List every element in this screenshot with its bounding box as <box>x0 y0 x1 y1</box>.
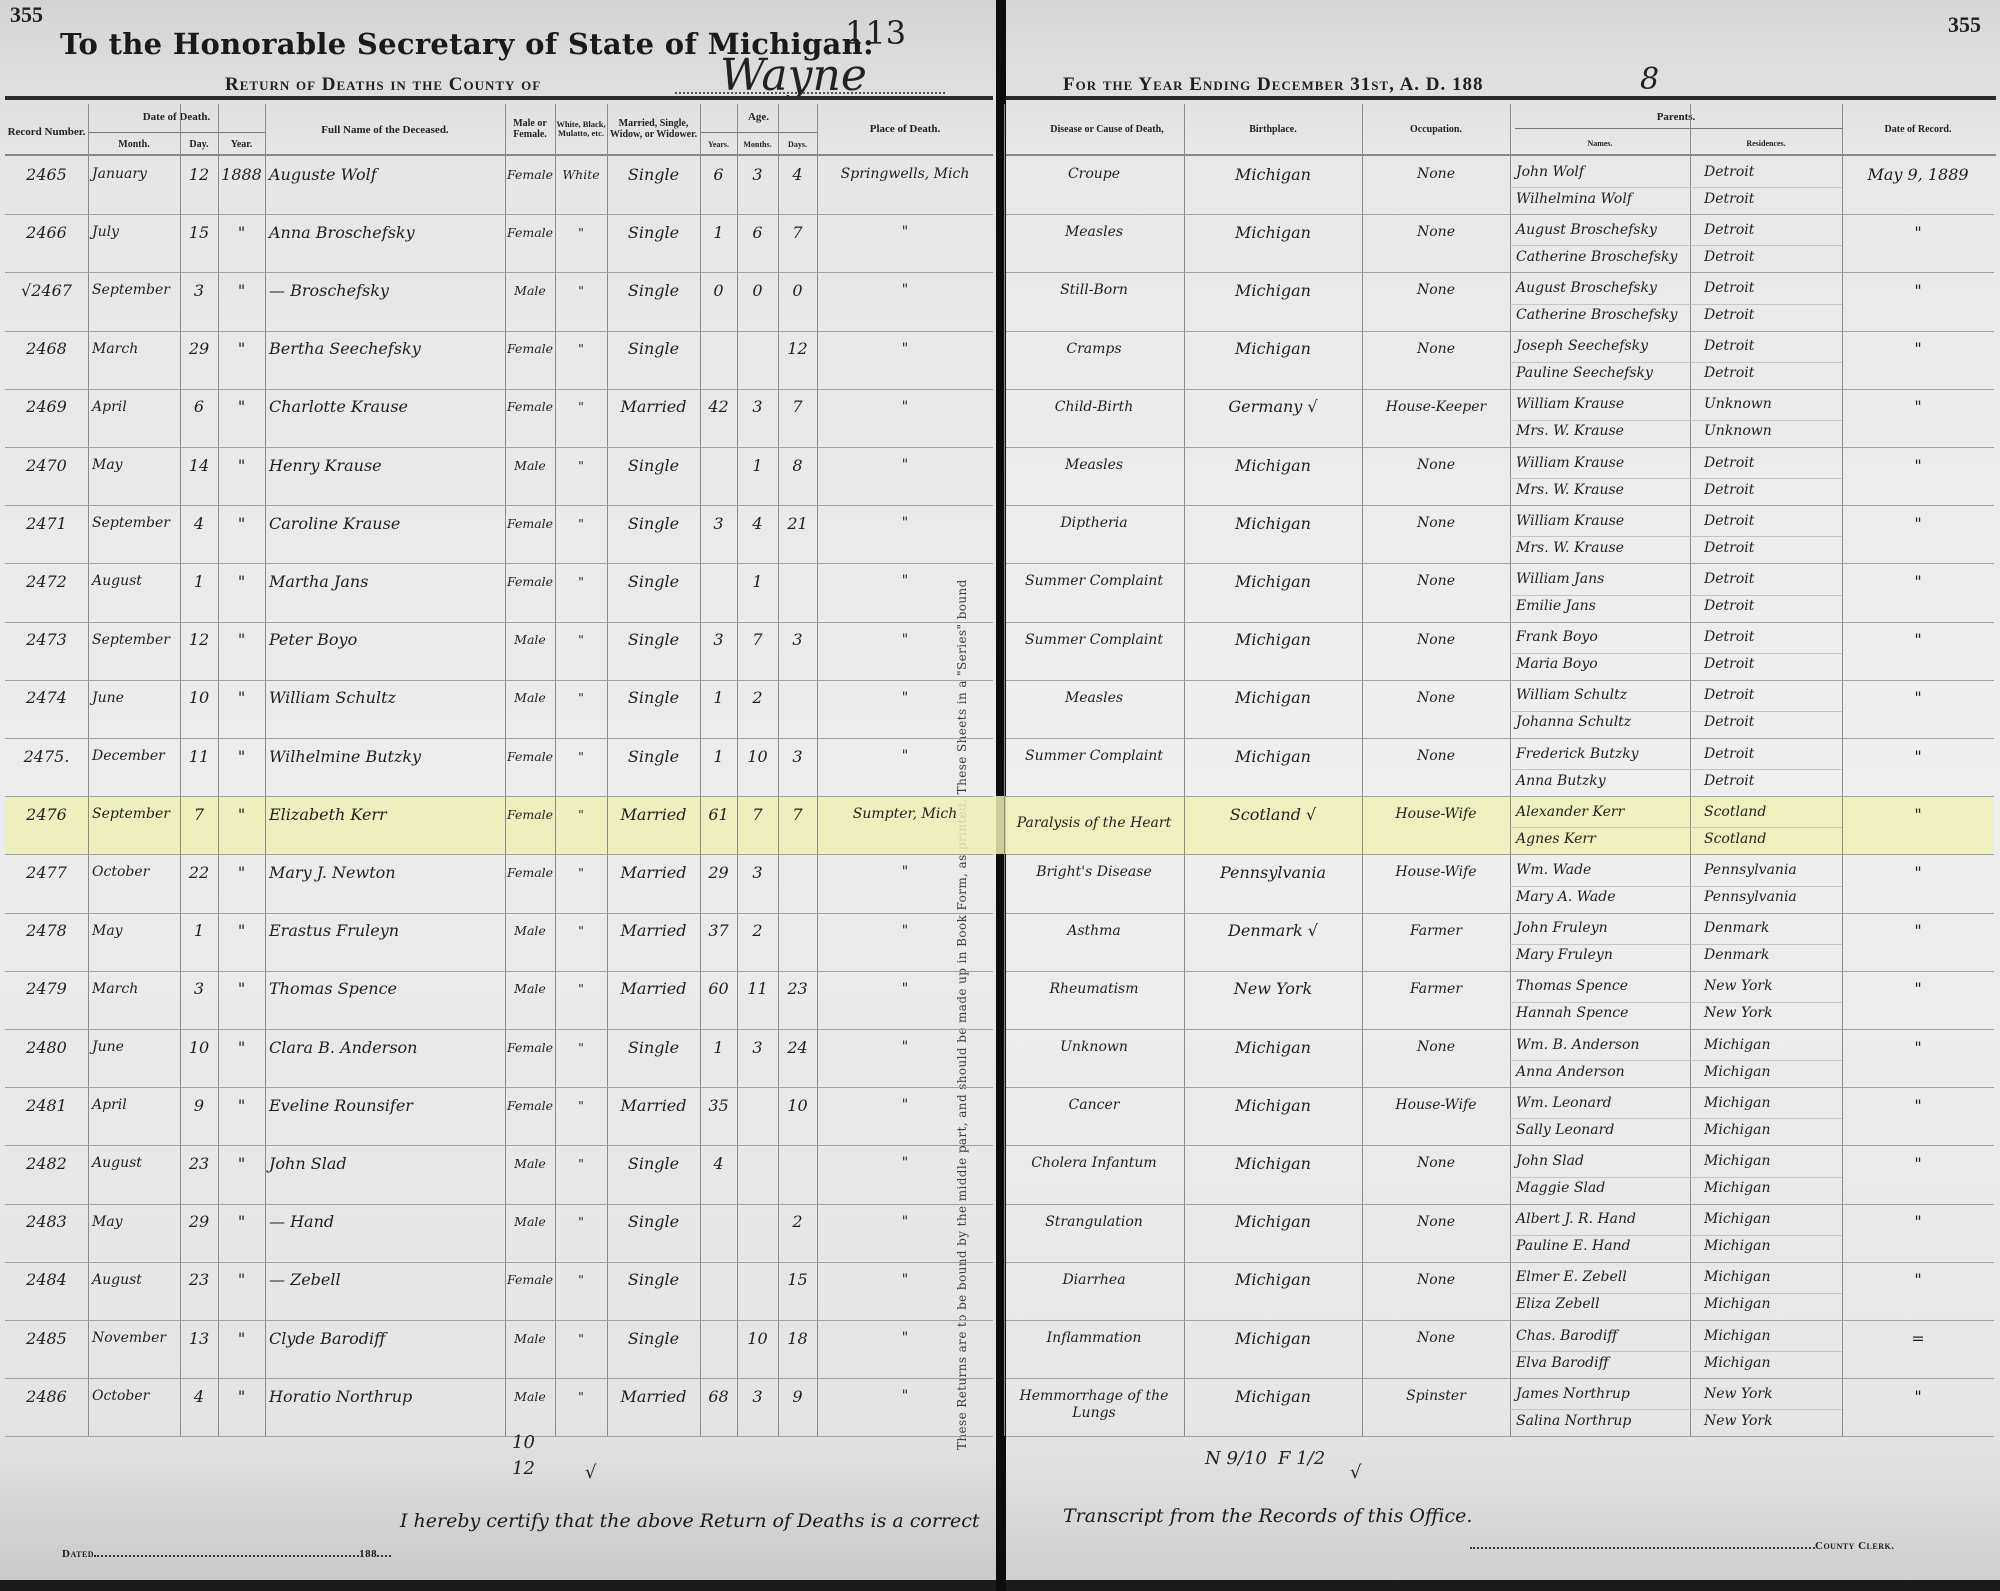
record-sex: Male <box>505 1378 555 1414</box>
record-marital: Single <box>607 1029 700 1065</box>
record-father-residence: Denmark <box>1700 915 1846 942</box>
record-father-name: William Krause <box>1512 449 1694 476</box>
record-m <box>737 1262 778 1298</box>
record-mother-name: Mary Fruleyn <box>1512 942 1694 969</box>
record-occ: None <box>1362 156 1510 192</box>
record-y: 37 <box>700 913 737 949</box>
col-marital: Married, Single, Widow, or Widower. <box>607 104 700 154</box>
record-m: 3 <box>737 854 778 890</box>
record-year: " <box>218 389 265 425</box>
record-month: May <box>88 913 184 949</box>
record-month: May <box>88 1204 184 1240</box>
record-num: 2472 <box>5 563 88 599</box>
record-day: 12 <box>180 156 218 192</box>
record-mother-name: Sally Leonard <box>1512 1116 1694 1143</box>
record-m: 7 <box>737 622 778 658</box>
record-name: Bertha Seechefsky <box>265 331 509 367</box>
record-color: " <box>555 854 607 890</box>
record-day: 1 <box>180 563 218 599</box>
record-mother-residence: Detroit <box>1700 360 1846 387</box>
record-father-name: August Broschefsky <box>1512 274 1694 301</box>
record-y: 29 <box>700 854 737 890</box>
record-rec: " <box>1842 563 1994 599</box>
record-m: 0 <box>737 272 778 308</box>
record-month: September <box>88 505 184 541</box>
record-marital: Married <box>607 1087 700 1123</box>
record-place: " <box>817 1204 993 1240</box>
record-name: — Zebell <box>265 1262 509 1298</box>
record-occ: None <box>1362 505 1510 541</box>
record-occ: House-Wife <box>1362 1087 1510 1123</box>
record-place: " <box>817 1145 993 1181</box>
record-mother-residence: Detroit <box>1700 593 1846 620</box>
dated-year-dots <box>377 1555 391 1557</box>
record-father-name: William Schultz <box>1512 682 1694 709</box>
record-year: " <box>218 214 265 250</box>
record-month: March <box>88 971 184 1007</box>
record-mother-name: Anna Anderson <box>1512 1058 1694 1085</box>
record-occ: None <box>1362 563 1510 599</box>
record-name: John Slad <box>265 1145 509 1181</box>
record-sex: Male <box>505 971 555 1007</box>
record-y <box>700 563 737 599</box>
record-place: " <box>817 913 993 949</box>
record-m <box>737 1204 778 1240</box>
record-birth: Michigan <box>1184 447 1362 483</box>
record-marital: Single <box>607 272 700 308</box>
header-rule-right <box>1006 96 1996 100</box>
record-marital: Single <box>607 1320 700 1356</box>
record-rec: " <box>1842 738 1994 774</box>
record-year: " <box>218 272 265 308</box>
record-d: 9 <box>778 1378 817 1414</box>
record-place: " <box>817 447 993 483</box>
record-birth: New York <box>1184 971 1362 1007</box>
record-place: " <box>817 1378 993 1414</box>
record-year: " <box>218 854 265 890</box>
record-rec: " <box>1842 622 1994 658</box>
record-marital: Single <box>607 156 700 192</box>
record-year: " <box>218 563 265 599</box>
record-mother-residence: Michigan <box>1700 1175 1846 1202</box>
record-mother-name: Catherine Broschefsky <box>1512 302 1694 329</box>
record-father-name: Wm. Leonard <box>1512 1089 1694 1116</box>
record-y: 3 <box>700 622 737 658</box>
record-color: " <box>555 680 607 716</box>
record-occ: House-Wife <box>1362 796 1510 832</box>
record-father-residence: Detroit <box>1700 216 1846 243</box>
record-marital: Single <box>607 331 700 367</box>
record-num: 2470 <box>5 447 88 483</box>
record-cause: Croupe <box>1004 156 1184 192</box>
record-sex: Female <box>505 854 555 890</box>
record-cause: Child-Birth <box>1004 389 1184 425</box>
col-place-of-death: Place of Death. <box>817 104 993 154</box>
record-month: May <box>88 447 184 483</box>
record-cause: Bright's Disease <box>1004 854 1184 890</box>
record-rec: " <box>1842 331 1994 367</box>
record-name: Anna Broschefsky <box>265 214 509 250</box>
record-sex: Male <box>505 622 555 658</box>
record-color: " <box>555 796 607 832</box>
record-y: 1 <box>700 680 737 716</box>
record-occ: None <box>1362 1262 1510 1298</box>
record-color: " <box>555 272 607 308</box>
record-marital: Married <box>607 971 700 1007</box>
record-rec: " <box>1842 796 1994 832</box>
record-m: 10 <box>737 738 778 774</box>
record-father-name: John Slad <box>1512 1147 1694 1174</box>
record-father-residence: Detroit <box>1700 565 1846 592</box>
record-month: December <box>88 738 184 774</box>
record-name: Caroline Krause <box>265 505 509 541</box>
record-sex: Female <box>505 214 555 250</box>
record-name: Thomas Spence <box>265 971 509 1007</box>
record-mother-name: Emilie Jans <box>1512 593 1694 620</box>
record-place: " <box>817 1087 993 1123</box>
record-color: " <box>555 214 607 250</box>
record-mother-name: Agnes Kerr <box>1512 825 1694 852</box>
record-mother-name: Pauline E. Hand <box>1512 1233 1694 1260</box>
record-sex: Male <box>505 1145 555 1181</box>
record-y <box>700 1262 737 1298</box>
record-place: " <box>817 1320 993 1356</box>
record-cause: Summer Complaint <box>1004 738 1184 774</box>
record-occ: Spinster <box>1362 1378 1510 1414</box>
record-cause: Asthma <box>1004 913 1184 949</box>
record-rec: " <box>1842 854 1994 890</box>
record-father-name: Wm. B. Anderson <box>1512 1031 1694 1058</box>
record-d: 4 <box>778 156 817 192</box>
record-marital: Single <box>607 505 700 541</box>
col-occupation: Occupation. <box>1362 104 1510 154</box>
col-year: Year. <box>218 134 265 154</box>
record-num: 2469 <box>5 389 88 425</box>
record-place: " <box>817 331 993 367</box>
record-color: " <box>555 1029 607 1065</box>
record-sex: Male <box>505 680 555 716</box>
record-month: October <box>88 1378 184 1414</box>
header-rule-left <box>5 96 993 100</box>
record-father-name: William Krause <box>1512 507 1694 534</box>
record-occ: None <box>1362 214 1510 250</box>
record-sex: Female <box>505 156 555 192</box>
record-day: 10 <box>180 680 218 716</box>
record-d <box>778 563 817 599</box>
record-sex: Female <box>505 1087 555 1123</box>
record-day: 9 <box>180 1087 218 1123</box>
record-rec: " <box>1842 272 1994 308</box>
col-month: Month. <box>88 134 180 154</box>
record-rec: " <box>1842 1262 1994 1298</box>
record-mother-residence: Michigan <box>1700 1349 1846 1376</box>
record-sex: Female <box>505 331 555 367</box>
record-color: " <box>555 1262 607 1298</box>
record-father-residence: Unknown <box>1700 391 1846 418</box>
record-m: 3 <box>737 1029 778 1065</box>
record-marital: Married <box>607 1378 700 1414</box>
record-birth: Michigan <box>1184 1204 1362 1240</box>
record-place: Sumpter, Mich <box>817 796 993 832</box>
record-birth: Michigan <box>1184 1262 1362 1298</box>
record-num: 2483 <box>5 1204 88 1240</box>
record-month: April <box>88 389 184 425</box>
record-name: William Schultz <box>265 680 509 716</box>
record-m: 10 <box>737 1320 778 1356</box>
record-marital: Married <box>607 389 700 425</box>
record-d: 8 <box>778 447 817 483</box>
record-birth: Michigan <box>1184 680 1362 716</box>
record-d: 24 <box>778 1029 817 1065</box>
record-year: " <box>218 971 265 1007</box>
record-color: " <box>555 913 607 949</box>
record-marital: Single <box>607 738 700 774</box>
record-name: Peter Boyo <box>265 622 509 658</box>
record-m: 2 <box>737 913 778 949</box>
record-name: Clara B. Anderson <box>265 1029 509 1065</box>
record-cause: Paralysis of the Heart <box>1004 796 1184 850</box>
record-day: 7 <box>180 796 218 832</box>
record-color: " <box>555 505 607 541</box>
record-year: " <box>218 505 265 541</box>
record-mother-residence: Unknown <box>1700 418 1846 445</box>
record-num: 2466 <box>5 214 88 250</box>
record-sex: Female <box>505 563 555 599</box>
record-mother-residence: Detroit <box>1700 767 1846 794</box>
record-place: " <box>817 854 993 890</box>
record-d <box>778 680 817 716</box>
record-year: " <box>218 913 265 949</box>
record-father-residence: Michigan <box>1700 1147 1846 1174</box>
record-father-name: Elmer E. Zebell <box>1512 1264 1694 1291</box>
record-birth: Michigan <box>1184 1320 1362 1356</box>
tally-right-f: F 1/2 <box>1278 1448 1325 1469</box>
record-father-name: Alexander Kerr <box>1512 798 1694 825</box>
record-name: Elizabeth Kerr <box>265 796 509 832</box>
record-mother-name: Catherine Broschefsky <box>1512 243 1694 270</box>
record-marital: Single <box>607 1145 700 1181</box>
transcript-text: Transcript from the Records of this Offi… <box>1063 1505 1472 1527</box>
record-rec: " <box>1842 1145 1994 1181</box>
record-month: July <box>88 214 184 250</box>
record-m: 1 <box>737 447 778 483</box>
tally-right-check: √ <box>1350 1462 1361 1483</box>
record-year: " <box>218 1204 265 1240</box>
age-subheader-rule <box>700 132 817 133</box>
record-y: 1 <box>700 1029 737 1065</box>
record-year: " <box>218 1029 265 1065</box>
record-num: 2474 <box>5 680 88 716</box>
record-place: Springwells, Mich <box>817 156 993 192</box>
record-color: " <box>555 1378 607 1414</box>
return-title: Return of Deaths in the County of <box>225 74 541 96</box>
record-mother-residence: Michigan <box>1700 1291 1846 1318</box>
record-father-residence: Detroit <box>1700 274 1846 301</box>
record-mother-residence: Detroit <box>1700 651 1846 678</box>
record-year: " <box>218 680 265 716</box>
record-birth: Michigan <box>1184 1029 1362 1065</box>
record-num: 2480 <box>5 1029 88 1065</box>
record-birth: Pennsylvania <box>1184 854 1362 890</box>
record-father-residence: Detroit <box>1700 449 1846 476</box>
tally-left-check: √ <box>585 1462 596 1483</box>
record-year: " <box>218 1087 265 1123</box>
record-occ: House-Keeper <box>1362 389 1510 425</box>
record-occ: None <box>1362 447 1510 483</box>
record-year: " <box>218 447 265 483</box>
record-birth: Michigan <box>1184 331 1362 367</box>
record-rec: " <box>1842 1029 1994 1065</box>
record-mother-name: Wilhelmina Wolf <box>1512 185 1694 212</box>
record-father-name: Frank Boyo <box>1512 624 1694 651</box>
record-cause: Measles <box>1004 680 1184 716</box>
record-m: 2 <box>737 680 778 716</box>
record-num: 2478 <box>5 913 88 949</box>
record-sex: Female <box>505 389 555 425</box>
record-name: Horatio Northrup <box>265 1378 509 1414</box>
record-day: 12 <box>180 622 218 658</box>
record-num: √2467 <box>5 272 88 308</box>
record-name: Erastus Fruleyn <box>265 913 509 949</box>
record-color: " <box>555 389 607 425</box>
county-clerk-label: County Clerk. <box>1815 1540 1894 1552</box>
record-y <box>700 447 737 483</box>
record-cause: Measles <box>1004 214 1184 250</box>
record-place: " <box>817 738 993 774</box>
record-place: " <box>817 214 993 250</box>
record-month: September <box>88 272 184 308</box>
record-mother-name: Mrs. W. Krause <box>1512 418 1694 445</box>
record-month: June <box>88 680 184 716</box>
tally-left-bottom: 12 <box>512 1458 535 1479</box>
record-mother-name: Elva Barodiff <box>1512 1349 1694 1376</box>
record-father-residence: New York <box>1700 973 1846 1000</box>
record-m: 4 <box>737 505 778 541</box>
record-y <box>700 1320 737 1356</box>
record-father-residence: Detroit <box>1700 507 1846 534</box>
record-d <box>778 913 817 949</box>
record-mother-residence: Detroit <box>1700 243 1846 270</box>
record-cause: Diarrhea <box>1004 1262 1184 1298</box>
record-place: " <box>817 389 993 425</box>
record-d: 18 <box>778 1320 817 1356</box>
record-name: Henry Krause <box>265 447 509 483</box>
record-father-residence: Michigan <box>1700 1322 1846 1349</box>
record-father-residence: Michigan <box>1700 1089 1846 1116</box>
right-page-number: 355 <box>1948 12 1981 38</box>
record-day: 15 <box>180 214 218 250</box>
record-father-residence: Detroit <box>1700 740 1846 767</box>
record-occ: Farmer <box>1362 913 1510 949</box>
record-cause: Cramps <box>1004 331 1184 367</box>
record-day: 23 <box>180 1145 218 1181</box>
certification-text: I hereby certify that the above Return o… <box>400 1510 980 1532</box>
record-marital: Single <box>607 1262 700 1298</box>
record-place: " <box>817 622 993 658</box>
record-birth: Michigan <box>1184 156 1362 192</box>
record-cause: Summer Complaint <box>1004 563 1184 599</box>
record-d: 21 <box>778 505 817 541</box>
record-color: " <box>555 331 607 367</box>
record-father-residence: Detroit <box>1700 624 1846 651</box>
record-day: 3 <box>180 971 218 1007</box>
record-num: 2481 <box>5 1087 88 1123</box>
record-y: 1 <box>700 214 737 250</box>
record-m: 3 <box>737 156 778 192</box>
record-m: 1 <box>737 563 778 599</box>
record-place: " <box>817 505 993 541</box>
record-m <box>737 1087 778 1123</box>
record-num: 2476 <box>5 796 88 832</box>
record-d: 23 <box>778 971 817 1007</box>
record-father-name: William Krause <box>1512 391 1694 418</box>
record-day: 11 <box>180 738 218 774</box>
record-occ: None <box>1362 331 1510 367</box>
record-num: 2465 <box>5 156 88 192</box>
record-d: 7 <box>778 796 817 832</box>
parents-subheader-rule <box>1515 128 1842 129</box>
col-days: Days. <box>778 134 817 154</box>
record-month: October <box>88 854 184 890</box>
record-color: " <box>555 1204 607 1240</box>
record-place: " <box>817 1029 993 1065</box>
record-place: " <box>817 272 993 308</box>
record-birth: Denmark √ <box>1184 913 1362 949</box>
record-sex: Female <box>505 738 555 774</box>
record-mother-residence: Denmark <box>1700 942 1846 969</box>
record-occ: None <box>1362 272 1510 308</box>
left-page-number: 355 <box>10 2 43 28</box>
col-cause: Disease or Cause of Death, <box>1030 104 1184 154</box>
record-marital: Married <box>607 913 700 949</box>
sheet-number: 113 <box>845 14 906 52</box>
record-father-residence: Detroit <box>1700 333 1846 360</box>
record-marital: Married <box>607 796 700 832</box>
record-marital: Single <box>607 1204 700 1240</box>
record-y <box>700 1204 737 1240</box>
col-date-of-death: Date of Death. <box>88 104 265 130</box>
record-rec: " <box>1842 971 1994 1007</box>
record-mother-residence: Michigan <box>1700 1233 1846 1260</box>
record-day: 3 <box>180 272 218 308</box>
col-date-of-record: Date of Record. <box>1842 104 1994 154</box>
record-color: " <box>555 1145 607 1181</box>
record-d: 2 <box>778 1204 817 1240</box>
record-father-name: Albert J. R. Hand <box>1512 1206 1694 1233</box>
record-color: " <box>555 563 607 599</box>
dated-year: 188 <box>359 1548 377 1560</box>
record-mother-name: Salina Northrup <box>1512 1407 1694 1434</box>
record-name: Charlotte Krause <box>265 389 509 425</box>
record-mother-residence: New York <box>1700 1000 1846 1027</box>
record-cause: Rheumatism <box>1004 971 1184 1007</box>
record-mother-residence: Detroit <box>1700 302 1846 329</box>
record-sex: Female <box>505 505 555 541</box>
record-m: 11 <box>737 971 778 1007</box>
tally-left-top: 10 <box>512 1432 535 1453</box>
record-birth: Michigan <box>1184 1378 1362 1414</box>
record-month: August <box>88 563 184 599</box>
record-year: 1888 <box>218 156 265 192</box>
county-name: Wayne <box>720 50 867 101</box>
record-num: 2473 <box>5 622 88 658</box>
record-father-name: Frederick Butzky <box>1512 740 1694 767</box>
record-num: 2471 <box>5 505 88 541</box>
record-cause: Still-Born <box>1004 272 1184 308</box>
record-sex: Male <box>505 1204 555 1240</box>
record-cause: Measles <box>1004 447 1184 483</box>
record-sex: Male <box>505 272 555 308</box>
